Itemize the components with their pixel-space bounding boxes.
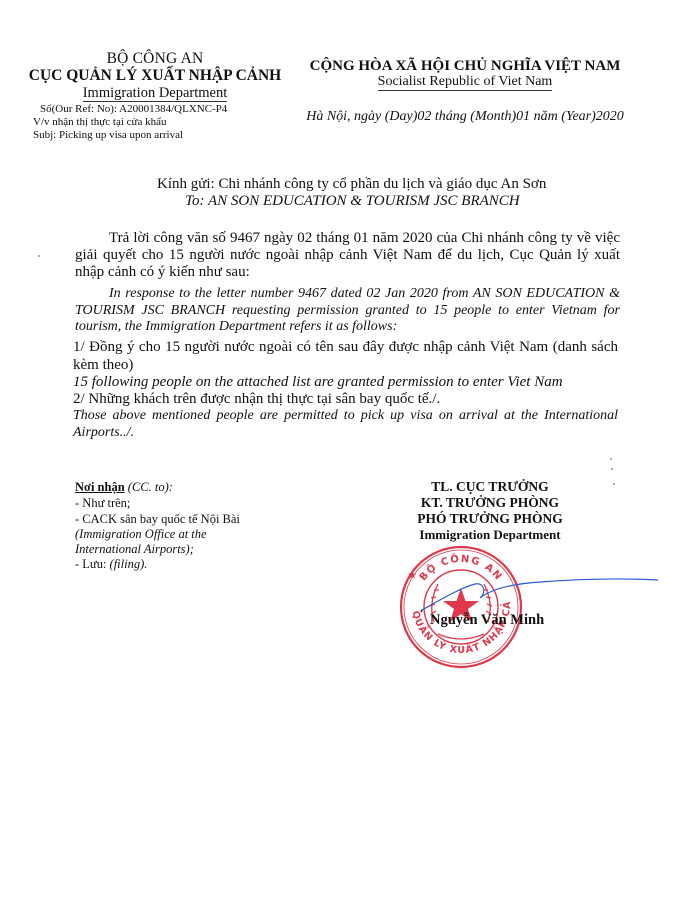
date-line: Hà Nội, ngày (Day)02 tháng (Month)01 năm… [300, 109, 630, 125]
national-title: CỘNG HÒA XÃ HỘI CHỦ NGHĨA VIỆT NAM [300, 58, 630, 75]
body-item-2-en: Those above mentioned people are permitt… [73, 408, 618, 441]
national-title-en-text: Socialist Republic of Viet Nam [378, 74, 553, 91]
cc-heading-vi: Nơi nhận [75, 480, 125, 494]
department-name: CỤC QUẢN LÝ XUẤT NHẬP CẢNH [0, 67, 310, 85]
department-name-en-text: Immigration Department [83, 85, 228, 102]
subject-en: Subj: Picking up visa upon arrival [33, 129, 183, 141]
body-item-1-vi: 1/ Đồng ý cho 15 người nước ngoài có tên… [73, 338, 618, 374]
cc-heading-en: (CC. to): [125, 480, 173, 494]
signer-name: Nguyễn Văn Minh [430, 612, 544, 629]
cc-item: - Lưu: (filing). [75, 557, 147, 572]
cc-filing-vi: - Lưu: [75, 557, 110, 571]
scan-speck [611, 468, 613, 470]
body-paragraph-1-en: In response to the letter number 9467 da… [75, 286, 620, 336]
scan-speck [38, 255, 40, 257]
ministry-name: BỘ CÔNG AN [0, 50, 310, 68]
cc-filing-en: (filing). [110, 557, 148, 571]
cc-item: (Immigration Office at the [75, 527, 207, 542]
addressee-vi: Kính gửi: Chi nhánh công ty cổ phần du l… [157, 176, 546, 193]
national-title-en: Socialist Republic of Viet Nam [300, 74, 630, 90]
cc-item: - Như trên; [75, 496, 130, 511]
signatory-department: Immigration Department [395, 527, 585, 543]
signatory-title-2: KT. TRƯỞNG PHÒNG [395, 495, 585, 511]
body-item-1-en: 15 following people on the attached list… [73, 374, 618, 391]
handwritten-signature-icon [420, 570, 660, 640]
scan-speck [610, 458, 612, 460]
subject-vi: V/v nhận thị thực tại cửa khẩu [33, 116, 167, 128]
signatory-title-1: TL. CỤC TRƯỞNG [395, 479, 585, 495]
scan-speck [613, 483, 615, 485]
cc-item: International Airports); [75, 542, 194, 557]
cc-heading: Nơi nhận (CC. to): [75, 480, 173, 495]
signatory-title-3: PHÓ TRƯỞNG PHÒNG [395, 511, 585, 527]
reference-number: Số(Our Ref: No): A20001384/QLXNC-P4 [40, 103, 227, 115]
addressee-en: To: AN SON EDUCATION & TOURISM JSC BRANC… [185, 193, 520, 210]
body-item-2-vi: 2/ Những khách trên được nhận thị thực t… [73, 391, 618, 408]
body-paragraph-1-vi: Trả lời công văn số 9467 ngày 02 tháng 0… [75, 230, 620, 281]
cc-item: - CACK sân bay quốc tế Nội Bài [75, 512, 240, 527]
department-name-en: Immigration Department [0, 85, 310, 102]
